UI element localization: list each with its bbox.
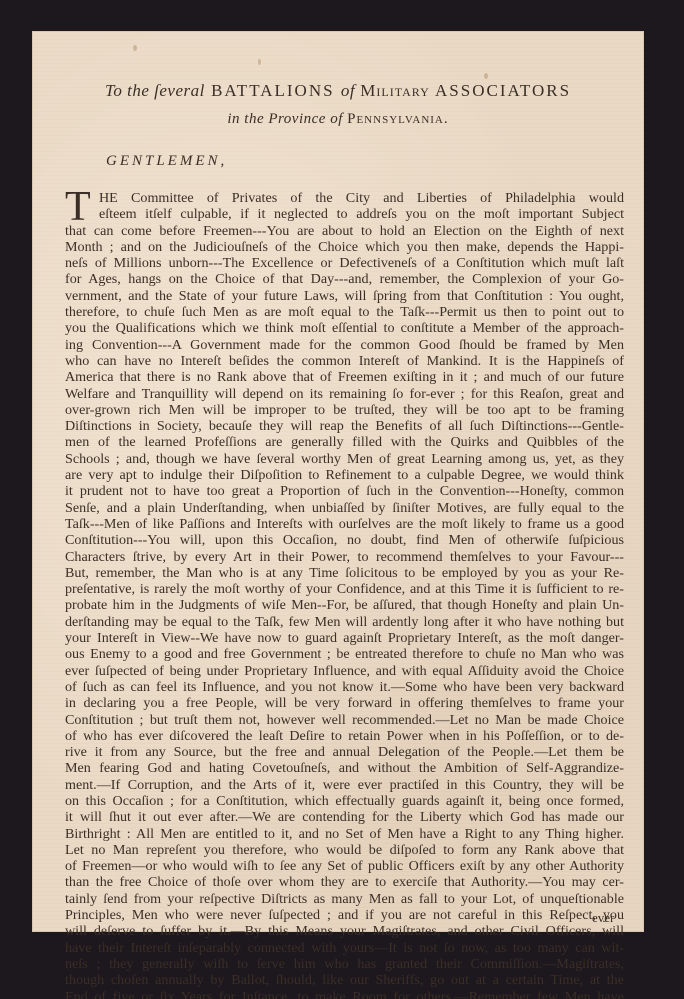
text-line: over-grown rich Men will be improper to … — [65, 402, 624, 418]
foxing-spot — [258, 59, 261, 65]
text-line: it will ſhut it out ever after.—We are c… — [65, 809, 624, 825]
broadside-sheet: To the ſeveral BATTALIONS of Military AS… — [32, 31, 644, 932]
foxing-spot — [133, 45, 137, 51]
text-line: eſteem itſelf culpable, if it neglected … — [65, 206, 624, 222]
title-segment: ASSOCIATORS — [435, 81, 571, 100]
text-line: ment.—If Corruption, and the Arts of it,… — [65, 777, 624, 793]
text-line: therefore, to chuſe ſuch Men as are moſt… — [65, 304, 624, 320]
title-text-1: To the ſeveral BATTALIONS of Military AS… — [105, 81, 571, 100]
text-line: Conſtitution ; but truſt them not, howev… — [65, 712, 624, 728]
catchword: ever — [592, 910, 614, 926]
text-line: will deſerve to ſuffer by it.—By this Me… — [65, 923, 624, 939]
text-line: Characters ſtrive, by every Art in their… — [65, 549, 624, 565]
title-text-2: in the Province of Pennsylvania. — [227, 111, 448, 127]
text-line: ever ſuſpected of being under Proprietar… — [65, 663, 624, 679]
text-line: men of the learned Profeſſions are gener… — [65, 434, 624, 450]
text-line: Men fearing God and hating Covetouſneſs,… — [65, 760, 624, 776]
text-line: vernment, and the State of your future L… — [65, 288, 624, 304]
text-line: that can come before Freemen---You are a… — [65, 223, 624, 239]
text-line: End of five or ſix Years for Inſtance, t… — [65, 989, 624, 999]
text-line: ous Enemy to a good and free Government … — [65, 646, 624, 662]
text-line: Schools ; and, though we have ſeveral wo… — [65, 451, 624, 467]
text-line: neſs ; they generally wiſh to ſerve him … — [65, 956, 624, 972]
text-line: in declaring you a free People, will be … — [65, 695, 624, 711]
text-line: tainly ſend from your reſpective Diſtric… — [65, 891, 624, 907]
text-line: who can have no Intereſt beſides the com… — [65, 353, 624, 369]
text-line: Taſk---Men of like Paſſions and Intereſt… — [65, 516, 624, 532]
title-segment: To the — [105, 81, 154, 100]
body-lines: HE Committee of Privates of the City and… — [65, 190, 624, 999]
text-line: are very apt to indulge their Diſpoſitio… — [65, 467, 624, 483]
text-line: have their Intereſt inſeparably connecte… — [65, 940, 624, 956]
text-line: it prudent not to have too great a Propo… — [65, 483, 624, 499]
text-line: preſentative, is rarely the moſt worthy … — [65, 581, 624, 597]
text-line: Let no Man repreſent you therefore, who … — [65, 842, 624, 858]
text-line: Conſtitution---You will, upon this Occaſ… — [65, 532, 624, 548]
text-line: of Freemen—or who would wiſh to ſee any … — [65, 858, 624, 874]
text-line: America that there is no Rank above that… — [65, 369, 624, 385]
text-line: your Intereſt in View--We have now to gu… — [65, 630, 624, 646]
text-line: derſtanding may be equal to the Taſk, fe… — [65, 614, 624, 630]
text-line: on this Occaſion ; for a Conſtitution, w… — [65, 793, 624, 809]
text-line: rive it from any Source, but the free an… — [65, 744, 624, 760]
text-line: neſs of Millions unborn---The Excellence… — [65, 255, 624, 271]
title-segment: Pennsylvania. — [347, 111, 449, 127]
text-line: of who has ever diſcovered the leaſt Deſ… — [65, 728, 624, 744]
title-segment: ſeveral — [154, 81, 205, 100]
title-segment: in the Province of — [227, 111, 347, 127]
text-line: Month ; and on the Judiciouſneſs of the … — [65, 239, 624, 255]
text-line: than the free Choice of thoſe over whom … — [65, 874, 624, 890]
text-line: of ſuch as can feel its Influence, and y… — [65, 679, 624, 695]
title-segment: Military — [355, 81, 435, 100]
text-line: Diſtinctions in Society, becauſe they wi… — [65, 418, 624, 434]
text-line: Birthright : All Men are entitled to it,… — [65, 826, 624, 842]
title-segment: BATTALIONS — [205, 81, 341, 100]
text-line: Principles, Men who were never ſuſpected… — [65, 907, 624, 923]
body-text: T HE Committee of Privates of the City a… — [65, 190, 624, 999]
title-line-2: in the Province of Pennsylvania. — [32, 111, 644, 128]
text-line: though choſen annually by Ballot, ſhould… — [65, 972, 624, 988]
text-line: HE Committee of Privates of the City and… — [65, 190, 624, 206]
text-line: you the Qualifications which we think mo… — [65, 320, 624, 336]
text-line: Welfare and Tranquillity will depend on … — [65, 386, 624, 402]
text-line: Senſe, and a plain Underſtanding, when u… — [65, 500, 624, 516]
title-segment: of — [341, 81, 355, 100]
title-line-1: To the ſeveral BATTALIONS of Military AS… — [32, 81, 644, 101]
salutation: GENTLEMEN, — [106, 153, 227, 170]
foxing-spot — [484, 73, 488, 79]
text-line: ing Convention---A Government made for t… — [65, 337, 624, 353]
text-line: But, remember, the Man who is at any Tim… — [65, 565, 624, 581]
text-line: for Ages, hangs on the Choice of that Da… — [65, 271, 624, 287]
drop-cap: T — [65, 188, 91, 226]
text-line: probate him in the Judgments of wiſe Men… — [65, 597, 624, 613]
